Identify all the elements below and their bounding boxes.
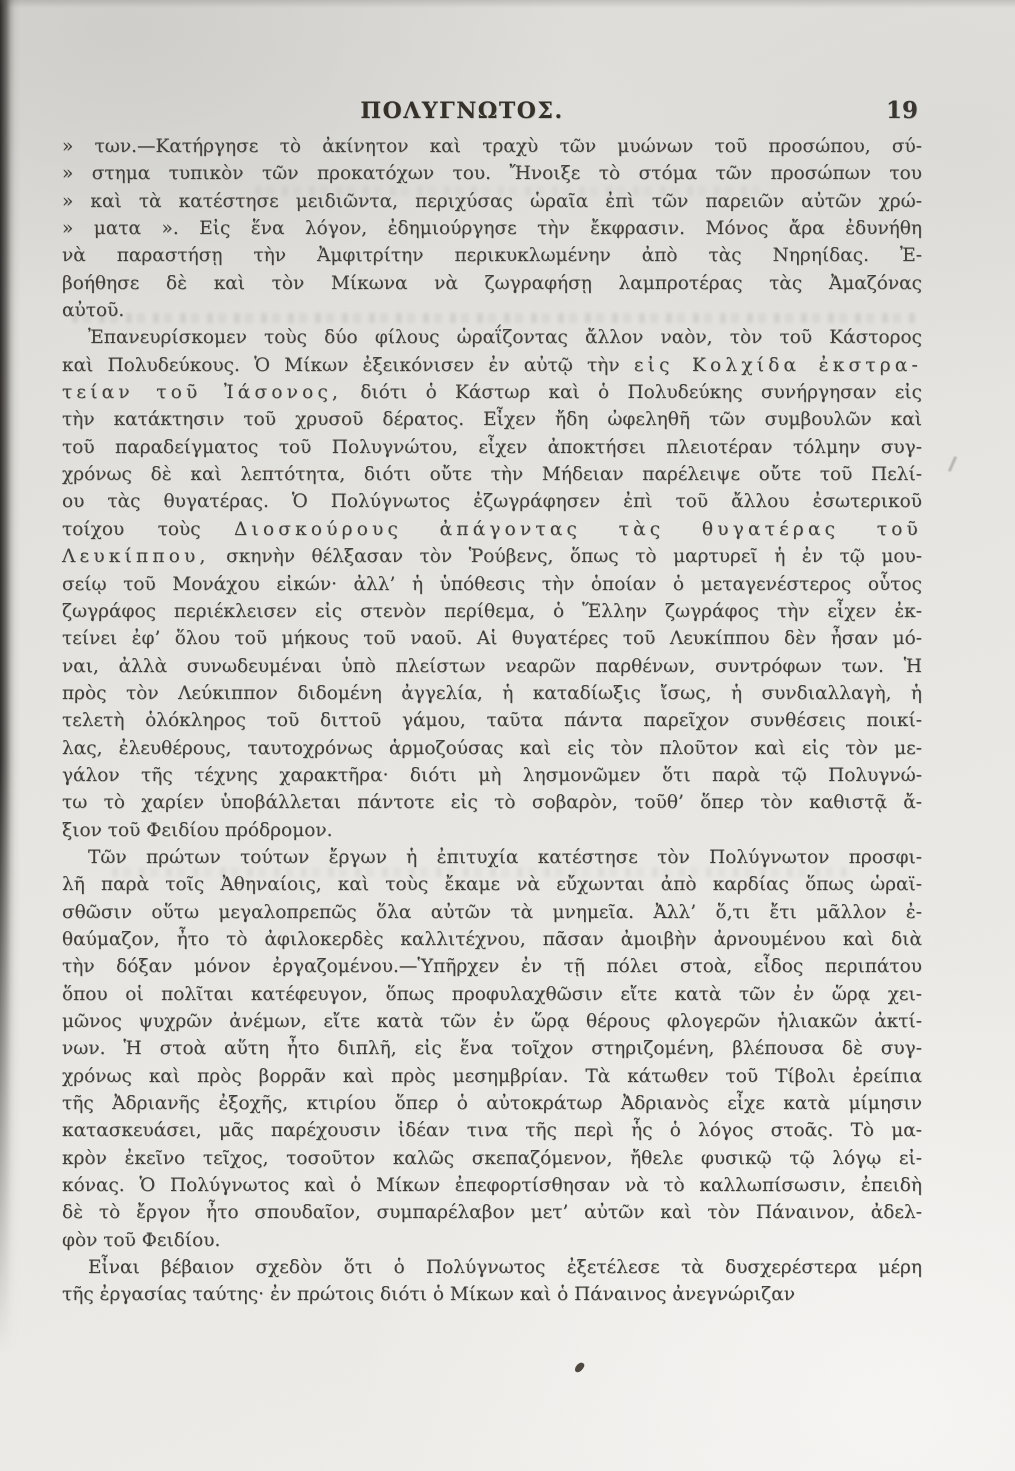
text-line: τῆς Ἀδριανῆς ἐξοχῆς, κτιρίου ὅπερ ὁ αὐτο…: [62, 1090, 922, 1117]
text-line: ὅπου οἱ πολῖται κατέφευγον, ὅπως προφυλα…: [62, 981, 922, 1008]
text-line: καὶ Πολυδεύκους. Ὁ Μίκων ἐξεικόνισεν ἐν …: [62, 352, 922, 379]
text-line: τοίχου τοὺς Διοσκούρους ἀπάγοντας τὰς θυ…: [62, 516, 922, 543]
text-line: ξιον τοῦ Φειδίου πρόδρομον.: [62, 817, 922, 844]
text-line: δὲ τὸ ἔργον ἦτο σπουδαῖον, συμπαρέλαβον …: [62, 1199, 922, 1226]
margin-stray-mark: [948, 456, 957, 472]
text-line: ου τὰς θυγατέρας. Ὁ Πολύγνωτος ἐζωγράφησ…: [62, 488, 922, 515]
page-header: ΠΟΛΥΓΝΩΤΟΣ. 19: [62, 98, 922, 128]
text-line: βοήθησε δὲ καὶ τὸν Μίκωνα νὰ ζωγραφήσῃ λ…: [62, 270, 922, 297]
text-line: Τῶν πρώτων τούτων ἔργων ἡ ἐπιτυχία κατέσ…: [62, 844, 922, 871]
text-line: » ματα ». Εἰς ἕνα λόγον, ἐδημιούργησε τὴ…: [62, 215, 922, 242]
text-line: πρὸς τὸν Λεύκιππον διδομένη ἀγγελία, ἡ κ…: [62, 680, 922, 707]
text-line: σείῳ τοῦ Μονάχου εἰκών· ἀλλ’ ἡ ὑπόθεσις …: [62, 571, 922, 598]
text-line: τείνει ἐφ’ ὅλου τοῦ μήκους τοῦ ναοῦ. Αἱ …: [62, 625, 922, 652]
text-line: χρόνως δὲ καὶ λεπτότητα, διότι οὔτε τὴν …: [62, 461, 922, 488]
text-line: Λευκίππου, σκηνὴν θέλξασαν τὸν Ῥούβενς, …: [62, 543, 922, 570]
text-line: τοῦ παραδείγματος τοῦ Πολυγνώτου, εἶχεν …: [62, 434, 922, 461]
ink-speck: [574, 1361, 586, 1374]
body-text: » των.—Κατήργησε τὸ ἀκίνητον καὶ τραχὺ τ…: [62, 133, 922, 1309]
text-line: αὐτοῦ.: [62, 297, 922, 324]
book-page-scan: ΠΟΛΥΓΝΩΤΟΣ. 19 » των.—Κατήργησε τὸ ἀκίνη…: [0, 0, 1015, 1471]
text-line: χρόνως καὶ πρὸς βορρᾶν καὶ πρὸς μεσημβρί…: [62, 1063, 922, 1090]
text-line: τείαν τοῦ Ἰάσονος, διότι ὁ Κάστωρ καὶ ὁ …: [62, 379, 922, 406]
text-line: μῶνος ψυχρῶν ἀνέμων, εἴτε κατὰ τῶν ἐν ὥρ…: [62, 1008, 922, 1035]
text-line: τὴν δόξαν μόνον ἐργαζομένου.—Ὑπῆρχεν ἐν …: [62, 953, 922, 980]
text-line: λῆ παρὰ τοῖς Ἀθηναίοις, καὶ τοὺς ἔκαμε ν…: [62, 871, 922, 898]
text-line: σθῶσιν οὕτω μεγαλοπρεπῶς ὅλα αὐτῶν τὰ μν…: [62, 899, 922, 926]
text-line: νων. Ἡ στοὰ αὕτη ἦτο διπλῆ, εἰς ἕνα τοῖχ…: [62, 1035, 922, 1062]
text-line: λας, ἐλευθέρους, ταυτοχρόνως ἁρμοζούσας …: [62, 735, 922, 762]
text-line: φὸν τοῦ Φειδίου.: [62, 1227, 922, 1254]
text-line: κατασκευάσει, μᾶς παρέχουσιν ἰδέαν τινα …: [62, 1117, 922, 1144]
running-title: ΠΟΛΥΓΝΩΤΟΣ.: [62, 98, 862, 124]
text-line: ζωγράφος περιέκλεισεν εἰς στενὸν περίθεμ…: [62, 598, 922, 625]
text-line: τῆς ἐργασίας ταύτης· ἐν πρώτοις διότι ὁ …: [62, 1281, 922, 1308]
binding-edge-shadow: [0, 0, 20, 1471]
text-line: » των.—Κατήργησε τὸ ἀκίνητον καὶ τραχὺ τ…: [62, 133, 922, 160]
text-line: γάλον τῆς τέχνης χαρακτῆρα· διότι μὴ λησ…: [62, 762, 922, 789]
text-line: νὰ παραστήσῃ τὴν Ἀμφιτρίτην περικυκλωμέν…: [62, 242, 922, 269]
text-line: » καὶ τὰ κατέστησε μειδιῶντα, περιχύσας …: [62, 188, 922, 215]
text-line: τελετὴ ὁλόκληρος τοῦ διττοῦ γάμου, ταῦτα…: [62, 707, 922, 734]
top-edge-shadow: [0, 0, 1015, 8]
text-line: θαύμαζον, ἦτο τὸ ἀφιλοκερδὲς καλλιτέχνου…: [62, 926, 922, 953]
text-line: Ἐπανευρίσκομεν τοὺς δύο φίλους ὡραΐζοντα…: [62, 324, 922, 351]
page-number: 19: [886, 97, 918, 124]
text-line: ναι, ἀλλὰ συνωδευμέναι ὑπὸ πλείστων νεαρ…: [62, 653, 922, 680]
text-line: τὴν κατάκτησιν τοῦ χρυσοῦ δέρατος. Εἶχεν…: [62, 406, 922, 433]
text-line: τω τὸ χαρίεν ὑποβάλλεται πάντοτε εἰς τὸ …: [62, 789, 922, 816]
text-line: κρὸν ἐκεῖνο τεῖχος, τοσοῦτον καλῶς σκεπα…: [62, 1145, 922, 1172]
text-line: » στημα τυπικὸν τῶν προκατόχων του. Ἤνοι…: [62, 160, 922, 187]
text-line: Εἶναι βέβαιον σχεδὸν ὅτι ὁ Πολύγνωτος ἐξ…: [62, 1254, 922, 1281]
text-line: κόνας. Ὁ Πολύγνωτος καὶ ὁ Μίκων ἐπεφορτί…: [62, 1172, 922, 1199]
